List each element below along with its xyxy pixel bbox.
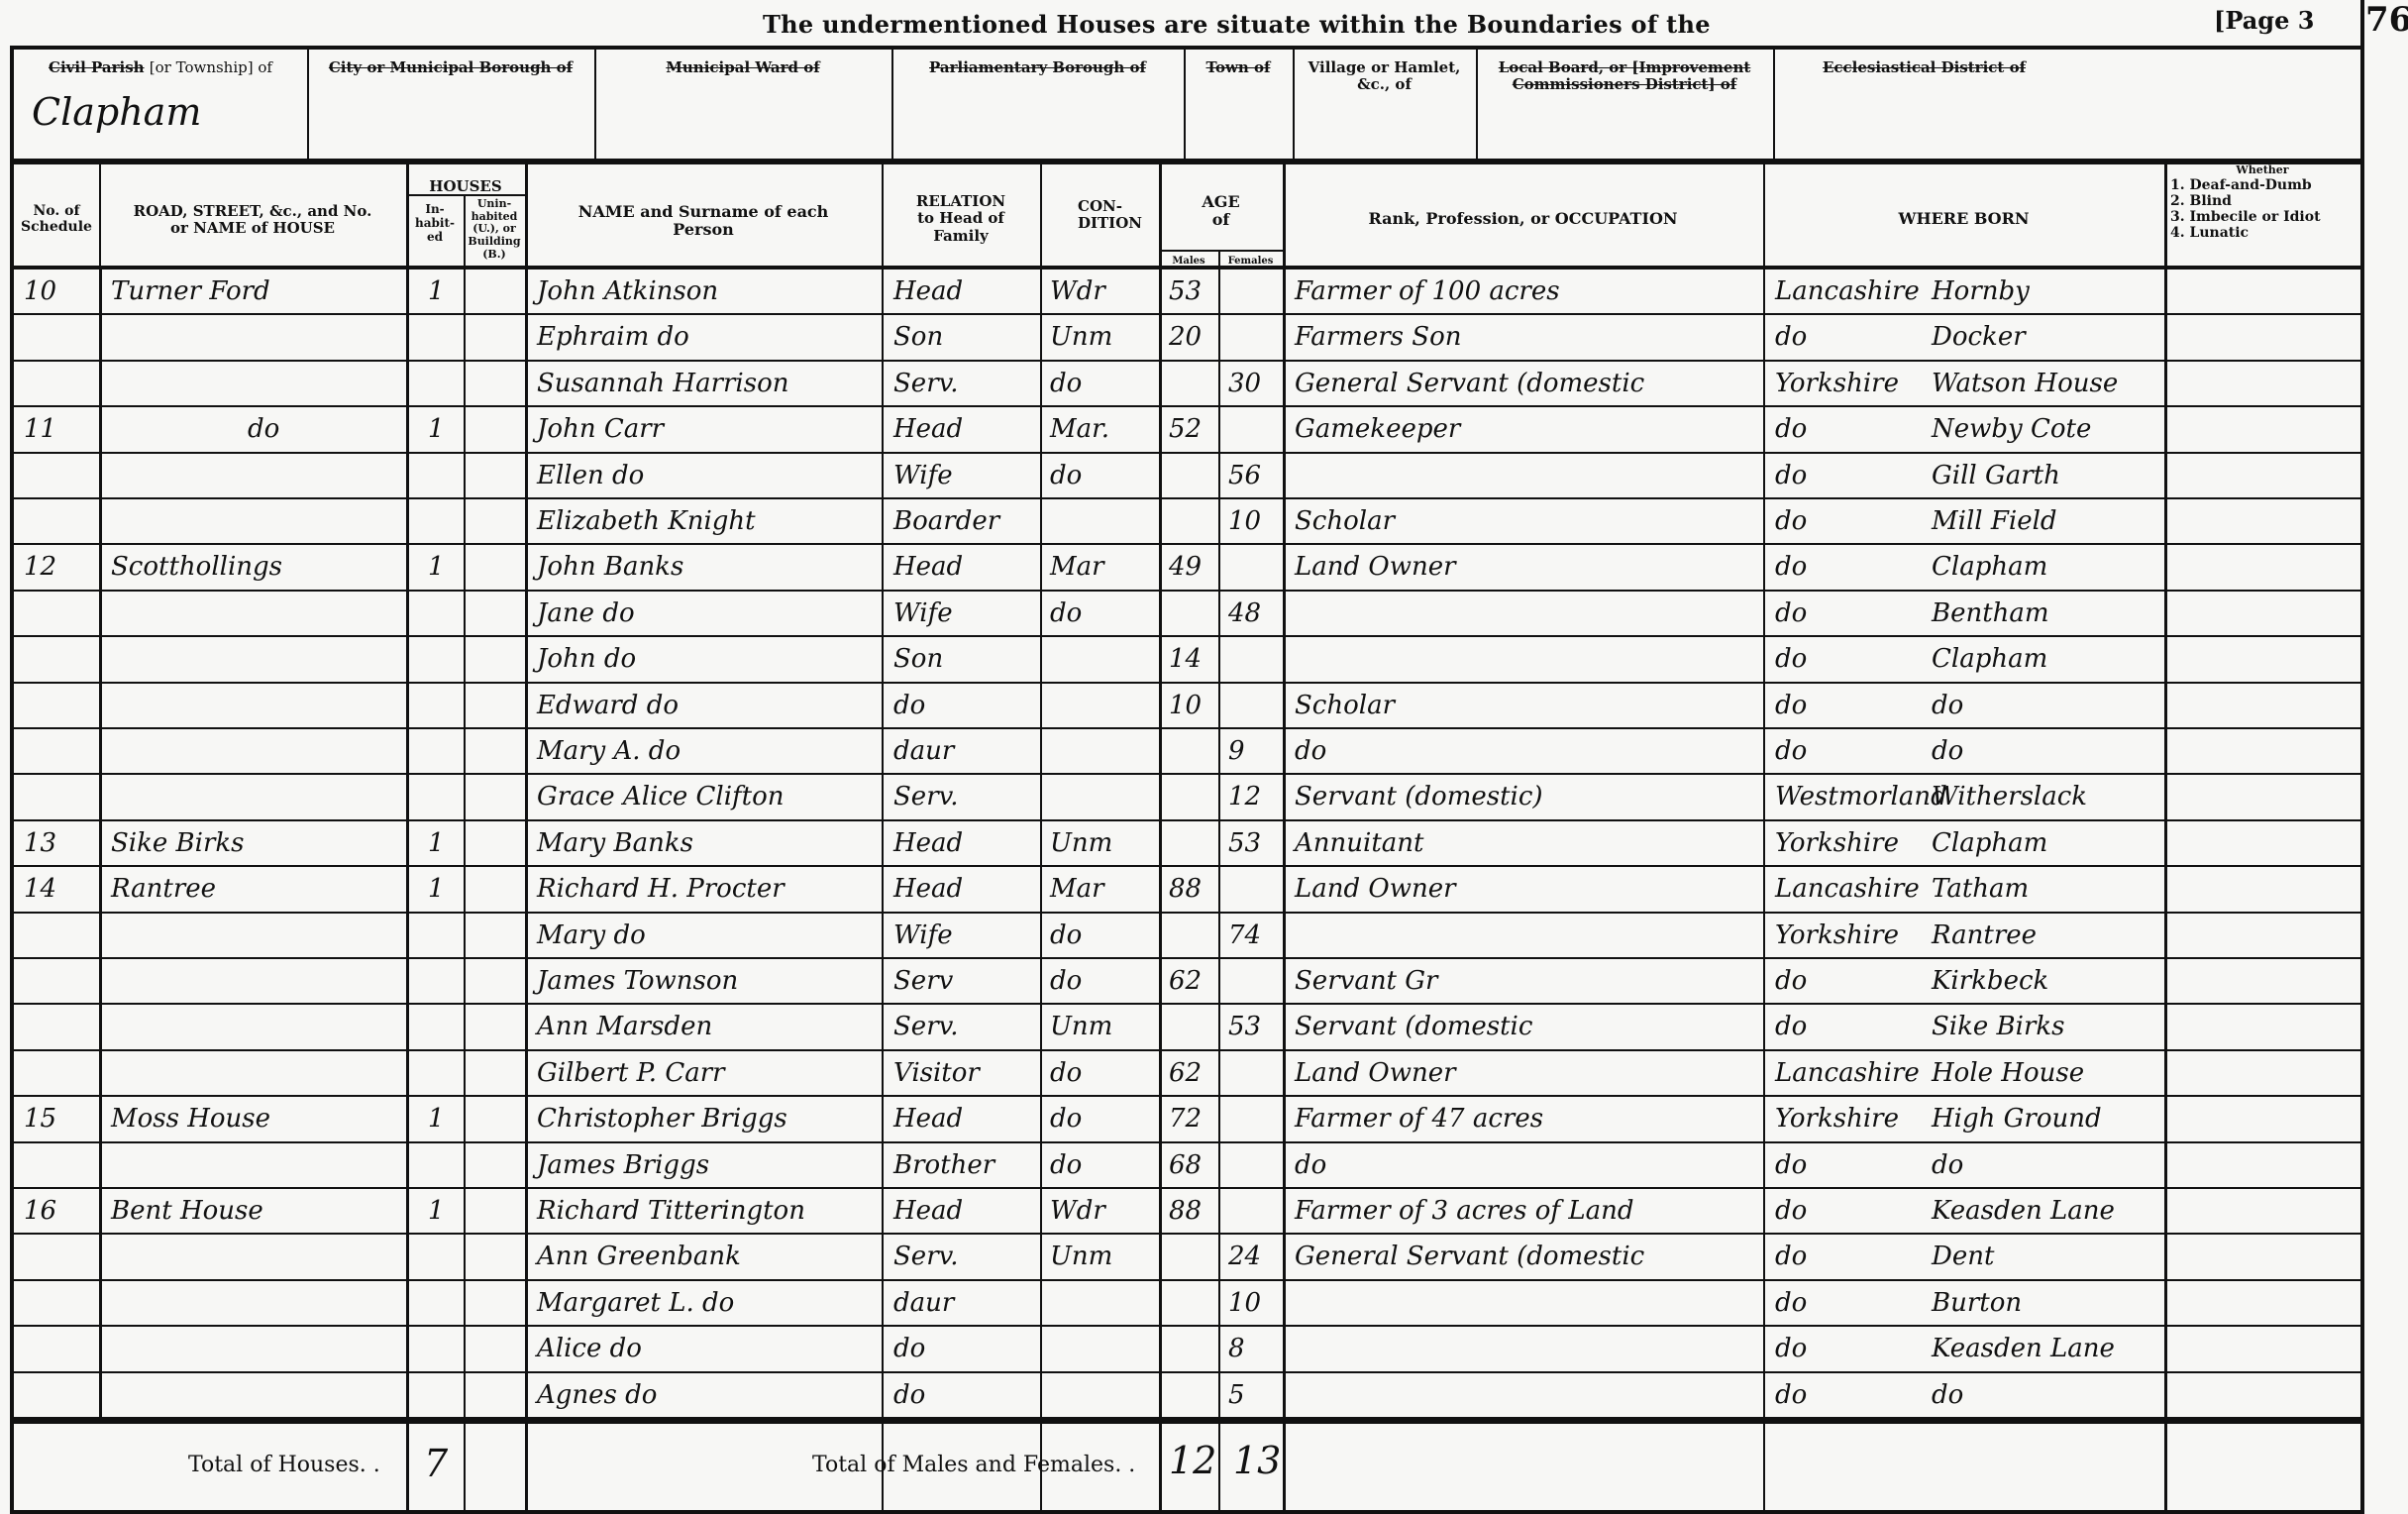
marital-condition: Wdr bbox=[1050, 273, 1105, 309]
boundary-cell: Local Board, or [Improvement Commissione… bbox=[1476, 50, 1773, 159]
person-name: Ellen do bbox=[537, 458, 644, 493]
column-header-schedule: No. of Schedule bbox=[14, 203, 99, 235]
occupation: Gamekeeper bbox=[1295, 411, 1460, 447]
marital-condition: Wdr bbox=[1050, 1193, 1105, 1229]
inhabited-count: 1 bbox=[428, 1193, 445, 1229]
birth-county: Westmorland bbox=[1775, 779, 1947, 814]
birth-county: do bbox=[1775, 549, 1807, 585]
male-age: 62 bbox=[1169, 1055, 1202, 1091]
person-name: Richard H. Procter bbox=[537, 871, 785, 907]
birth-county: Lancashire bbox=[1775, 1055, 1920, 1091]
male-age: 68 bbox=[1169, 1147, 1202, 1183]
column-header-uninhabited: Unin-habited (U.), or Building (B.) bbox=[464, 198, 525, 261]
occupation: Servant (domestic) bbox=[1295, 779, 1543, 814]
birth-place: Mill Field bbox=[1932, 503, 2057, 539]
birth-county: Lancashire bbox=[1775, 273, 1920, 309]
schedule-number: 13 bbox=[24, 825, 56, 861]
female-age: 53 bbox=[1228, 825, 1261, 861]
birth-place: Newby Cote bbox=[1932, 411, 2091, 447]
female-age: 8 bbox=[1228, 1331, 1245, 1366]
occupation: Servant (domestic bbox=[1295, 1009, 1532, 1044]
boundary-label: Town of bbox=[1184, 59, 1293, 76]
disability-option: 1. Deaf-and-Dumb bbox=[2170, 177, 2355, 193]
house-name: Scotthollings bbox=[111, 549, 282, 585]
relation-to-head: Head bbox=[893, 273, 963, 309]
marital-condition: Unm bbox=[1050, 1239, 1112, 1274]
boundary-cell: Village or Hamlet, &c., of bbox=[1293, 50, 1476, 159]
table-row bbox=[14, 729, 2360, 775]
person-name: Alice do bbox=[537, 1331, 642, 1366]
boundary-label-text: Parliamentary Borough of bbox=[929, 58, 1146, 76]
birth-place: Burton bbox=[1932, 1285, 2022, 1321]
relation-to-head: Boarder bbox=[893, 503, 999, 539]
birth-place: do bbox=[1932, 688, 1963, 723]
person-name: Mary A. do bbox=[537, 733, 681, 769]
occupation: Land Owner bbox=[1295, 1055, 1456, 1091]
marital-condition: Mar bbox=[1050, 549, 1104, 585]
relation-to-head: Head bbox=[893, 825, 963, 861]
house-name: Turner Ford bbox=[111, 273, 270, 309]
boundary-label-text: Ecclesiastical District of bbox=[1823, 58, 2026, 76]
boundary-label: City or Municipal Borough of bbox=[307, 59, 594, 76]
schedule-number: 10 bbox=[24, 273, 56, 309]
house-name: Rantree bbox=[111, 871, 216, 907]
relation-to-head: daur bbox=[893, 1285, 954, 1321]
occupation: Annuitant bbox=[1295, 825, 1423, 861]
relation-to-head: Serv bbox=[893, 963, 953, 999]
folio-number: 76 bbox=[2365, 0, 2408, 40]
column-header-disability: Whether1. Deaf-and-Dumb2. Blind3. Imbeci… bbox=[2170, 164, 2355, 241]
relation-to-head: Serv. bbox=[893, 779, 959, 814]
boundary-label-text: Town of bbox=[1206, 58, 1271, 76]
person-name: Ephraim do bbox=[537, 319, 689, 355]
schedule-number: 11 bbox=[24, 411, 56, 447]
birth-place: Sike Birks bbox=[1932, 1009, 2064, 1044]
column-header-road: ROAD, STREET, &c., and No. or NAME of HO… bbox=[99, 203, 406, 238]
person-name: John Atkinson bbox=[537, 273, 718, 309]
marital-condition: do bbox=[1050, 458, 1082, 493]
birth-county: Yorkshire bbox=[1775, 825, 1899, 861]
boundary-label: Civil Parish [or Township] of bbox=[14, 59, 307, 76]
birth-county: do bbox=[1775, 1009, 1807, 1044]
birth-county: do bbox=[1775, 1377, 1807, 1413]
boundary-cell: Civil Parish [or Township] ofClapham bbox=[14, 50, 307, 159]
column-header-condition: CON-DITION bbox=[1040, 198, 1159, 233]
birth-county: do bbox=[1775, 458, 1807, 493]
birth-place: Witherslack bbox=[1932, 779, 2087, 814]
relation-to-head: Visitor bbox=[893, 1055, 980, 1091]
column-header-relation: RELATION to Head of Family bbox=[882, 193, 1040, 245]
boundary-cell: City or Municipal Borough of bbox=[307, 50, 594, 159]
relation-to-head: Wife bbox=[893, 595, 953, 631]
inhabited-count: 1 bbox=[428, 411, 445, 447]
person-name: James Briggs bbox=[537, 1147, 709, 1183]
person-name: Mary do bbox=[537, 918, 646, 953]
birth-place: do bbox=[1932, 1147, 1963, 1183]
boundary-label: Parliamentary Borough of bbox=[891, 59, 1184, 76]
boundary-label-text: Village or Hamlet, &c., of bbox=[1309, 58, 1461, 93]
marital-condition: Mar. bbox=[1050, 411, 1109, 447]
person-name: Ann Marsden bbox=[537, 1009, 712, 1044]
female-age: 56 bbox=[1228, 458, 1261, 493]
house-name: do bbox=[248, 411, 279, 447]
male-age: 10 bbox=[1169, 688, 1202, 723]
relation-to-head: do bbox=[893, 1331, 925, 1366]
birth-place: Keasden Lane bbox=[1932, 1331, 2115, 1366]
birth-county: do bbox=[1775, 595, 1807, 631]
female-age: 53 bbox=[1228, 1009, 1261, 1044]
birth-county: do bbox=[1775, 503, 1807, 539]
occupation: Scholar bbox=[1295, 503, 1395, 539]
birth-county: do bbox=[1775, 733, 1807, 769]
female-age: 10 bbox=[1228, 1285, 1261, 1321]
table-row bbox=[14, 1235, 2360, 1280]
person-name: Agnes do bbox=[537, 1377, 657, 1413]
boundary-label: Municipal Ward of bbox=[594, 59, 891, 76]
birth-county: Lancashire bbox=[1775, 871, 1920, 907]
occupation: Scholar bbox=[1295, 688, 1395, 723]
boundary-label-text: Municipal Ward of bbox=[666, 58, 819, 76]
schedule-number: 15 bbox=[24, 1101, 56, 1136]
disability-option: 2. Blind bbox=[2170, 193, 2355, 209]
relation-to-head: Son bbox=[893, 319, 943, 355]
birth-county: do bbox=[1775, 1193, 1807, 1229]
inhabited-count: 1 bbox=[428, 1101, 445, 1136]
person-name: Susannah Harrison bbox=[537, 366, 789, 401]
marital-condition: Unm bbox=[1050, 1009, 1112, 1044]
male-age: 49 bbox=[1169, 549, 1202, 585]
total-houses-label: Total of Houses. . bbox=[188, 1453, 380, 1477]
relation-to-head: Son bbox=[893, 641, 943, 677]
person-name: John do bbox=[537, 641, 636, 677]
schedule-number: 12 bbox=[24, 549, 56, 585]
relation-to-head: Head bbox=[893, 1101, 963, 1136]
occupation: Farmer of 3 acres of Land bbox=[1295, 1193, 1633, 1229]
boundary-cell: Town of bbox=[1184, 50, 1293, 159]
birth-place: do bbox=[1932, 733, 1963, 769]
female-age: 48 bbox=[1228, 595, 1261, 631]
birth-place: Clapham bbox=[1932, 549, 2047, 585]
birth-county: do bbox=[1775, 1147, 1807, 1183]
birth-county: do bbox=[1775, 688, 1807, 723]
birth-county: Yorkshire bbox=[1775, 1101, 1899, 1136]
relation-to-head: do bbox=[893, 1377, 925, 1413]
male-age: 14 bbox=[1169, 641, 1202, 677]
marital-condition: do bbox=[1050, 366, 1082, 401]
female-age: 9 bbox=[1228, 733, 1245, 769]
census-page: The undermentioned Houses are situate wi… bbox=[0, 0, 2408, 1514]
relation-to-head: Serv. bbox=[893, 1239, 959, 1274]
birth-county: do bbox=[1775, 1331, 1807, 1366]
birth-place: High Ground bbox=[1932, 1101, 2102, 1136]
relation-to-head: Head bbox=[893, 411, 963, 447]
relation-to-head: Brother bbox=[893, 1147, 995, 1183]
relation-to-head: Wife bbox=[893, 918, 953, 953]
disability-whether-label: Whether bbox=[2170, 164, 2355, 177]
disability-option: 3. Imbecile or Idiot bbox=[2170, 209, 2355, 225]
inhabited-count: 1 bbox=[428, 825, 445, 861]
disability-option: 4. Lunatic bbox=[2170, 225, 2355, 241]
occupation: Farmer of 100 acres bbox=[1295, 273, 1560, 309]
inhabited-count: 1 bbox=[428, 871, 445, 907]
marital-condition: do bbox=[1050, 918, 1082, 953]
relation-to-head: Wife bbox=[893, 458, 953, 493]
boundary-label-text: Civil Parish bbox=[49, 58, 145, 76]
boundary-cell: Parliamentary Borough of bbox=[891, 50, 1184, 159]
column-header-where-born: WHERE BORN bbox=[1763, 210, 2164, 228]
inhabited-count: 1 bbox=[428, 549, 445, 585]
relation-to-head: do bbox=[893, 688, 925, 723]
person-name: Gilbert P. Carr bbox=[537, 1055, 725, 1091]
occupation: Land Owner bbox=[1295, 549, 1456, 585]
female-age: 10 bbox=[1228, 503, 1261, 539]
occupation: General Servant (domestic bbox=[1295, 1239, 1644, 1274]
birth-place: Tatham bbox=[1932, 871, 2029, 907]
person-name: Jane do bbox=[537, 595, 635, 631]
relation-to-head: Serv. bbox=[893, 1009, 959, 1044]
occupation: do bbox=[1295, 733, 1326, 769]
table-row bbox=[14, 1373, 2360, 1419]
house-name: Sike Birks bbox=[111, 825, 244, 861]
birth-county: do bbox=[1775, 1285, 1807, 1321]
marital-condition: do bbox=[1050, 963, 1082, 999]
person-name: Richard Titterington bbox=[537, 1193, 805, 1229]
person-name: Margaret L. do bbox=[537, 1285, 734, 1321]
boundary-cell: Municipal Ward of bbox=[594, 50, 891, 159]
birth-county: do bbox=[1775, 1239, 1807, 1274]
female-age: 30 bbox=[1228, 366, 1261, 401]
boundary-label: Local Board, or [Improvement Commissione… bbox=[1476, 59, 1773, 94]
schedule-number: 14 bbox=[24, 871, 56, 907]
person-name: Christopher Briggs bbox=[537, 1101, 787, 1136]
relation-to-head: Serv. bbox=[893, 366, 959, 401]
birth-place: Docker bbox=[1932, 319, 2026, 355]
birth-county: Yorkshire bbox=[1775, 366, 1899, 401]
boundary-label-suffix: [or Township] of bbox=[150, 58, 272, 76]
relation-to-head: Head bbox=[893, 871, 963, 907]
page-title: The undermentioned Houses are situate wi… bbox=[763, 10, 1711, 39]
male-age: 88 bbox=[1169, 1193, 1202, 1229]
person-name: Elizabeth Knight bbox=[537, 503, 756, 539]
birth-place: Rantree bbox=[1932, 918, 2037, 953]
boundary-cell: Ecclesiastical District of bbox=[1773, 50, 2075, 159]
marital-condition: Unm bbox=[1050, 825, 1112, 861]
birth-place: Keasden Lane bbox=[1932, 1193, 2115, 1229]
birth-county: do bbox=[1775, 319, 1807, 355]
marital-condition: Mar bbox=[1050, 871, 1104, 907]
person-name: Ann Greenbank bbox=[537, 1239, 741, 1274]
marital-condition: do bbox=[1050, 1055, 1082, 1091]
birth-place: Dent bbox=[1932, 1239, 1994, 1274]
person-name: James Townson bbox=[537, 963, 738, 999]
male-age: 53 bbox=[1169, 273, 1202, 309]
marital-condition: Unm bbox=[1050, 319, 1112, 355]
occupation: Servant Gr bbox=[1295, 963, 1437, 999]
boundary-value: Clapham bbox=[32, 90, 307, 134]
birth-county: do bbox=[1775, 641, 1807, 677]
female-age: 12 bbox=[1228, 779, 1261, 814]
total-females-value: 13 bbox=[1233, 1439, 1281, 1482]
boundary-label-text: Local Board, or [Improvement Commissione… bbox=[1499, 58, 1751, 93]
birth-place: Gill Garth bbox=[1932, 458, 2060, 493]
boundary-label: Ecclesiastical District of bbox=[1773, 59, 2075, 76]
birth-place: Watson House bbox=[1932, 366, 2118, 401]
inhabited-count: 1 bbox=[428, 273, 445, 309]
house-name: Moss House bbox=[111, 1101, 270, 1136]
relation-to-head: Head bbox=[893, 1193, 963, 1229]
person-name: Mary Banks bbox=[537, 825, 693, 861]
relation-to-head: daur bbox=[893, 733, 954, 769]
female-age: 24 bbox=[1228, 1239, 1261, 1274]
page-number-label: [Page 3 bbox=[2214, 6, 2314, 35]
male-age: 72 bbox=[1169, 1101, 1202, 1136]
occupation: Land Owner bbox=[1295, 871, 1456, 907]
male-age: 52 bbox=[1169, 411, 1202, 447]
birth-place: Clapham bbox=[1932, 641, 2047, 677]
person-name: Grace Alice Clifton bbox=[537, 779, 785, 814]
birth-place: Hole House bbox=[1932, 1055, 2084, 1091]
total-males-value: 12 bbox=[1169, 1439, 1216, 1482]
house-name: Bent House bbox=[111, 1193, 263, 1229]
boundary-label-text: City or Municipal Borough of bbox=[329, 58, 573, 76]
boundary-label: Village or Hamlet, &c., of bbox=[1293, 59, 1476, 94]
person-name: John Carr bbox=[537, 411, 664, 447]
marital-condition: do bbox=[1050, 1101, 1082, 1136]
male-age: 62 bbox=[1169, 963, 1202, 999]
occupation: do bbox=[1295, 1147, 1326, 1183]
birth-county: do bbox=[1775, 411, 1807, 447]
occupation: Farmer of 47 acres bbox=[1295, 1101, 1543, 1136]
birth-place: do bbox=[1932, 1377, 1963, 1413]
female-age: 5 bbox=[1228, 1377, 1245, 1413]
column-header-occupation: Rank, Profession, or OCCUPATION bbox=[1283, 210, 1763, 228]
birth-place: Clapham bbox=[1932, 825, 2047, 861]
relation-to-head: Head bbox=[893, 549, 963, 585]
column-header-name: NAME and Surname of each Person bbox=[525, 203, 882, 240]
person-name: John Banks bbox=[537, 549, 683, 585]
birth-county: Yorkshire bbox=[1775, 918, 1899, 953]
birth-place: Hornby bbox=[1932, 273, 2030, 309]
birth-place: Bentham bbox=[1932, 595, 2049, 631]
total-persons-label: Total of Males and Females. . bbox=[812, 1453, 1135, 1477]
female-age: 74 bbox=[1228, 918, 1261, 953]
male-age: 88 bbox=[1169, 871, 1202, 907]
total-houses-value: 7 bbox=[424, 1442, 448, 1485]
birth-place: Kirkbeck bbox=[1932, 963, 2048, 999]
schedule-number: 16 bbox=[24, 1193, 56, 1229]
occupation: Farmers Son bbox=[1295, 319, 1462, 355]
male-age: 20 bbox=[1169, 319, 1202, 355]
marital-condition: do bbox=[1050, 595, 1082, 631]
person-name: Edward do bbox=[537, 688, 679, 723]
column-header-inhabited: In-habit-ed bbox=[406, 203, 464, 244]
birth-county: do bbox=[1775, 963, 1807, 999]
column-header-houses: HOUSES bbox=[406, 178, 525, 195]
marital-condition: do bbox=[1050, 1147, 1082, 1183]
occupation: General Servant (domestic bbox=[1295, 366, 1644, 401]
column-header-age: AGE of bbox=[1159, 193, 1283, 230]
